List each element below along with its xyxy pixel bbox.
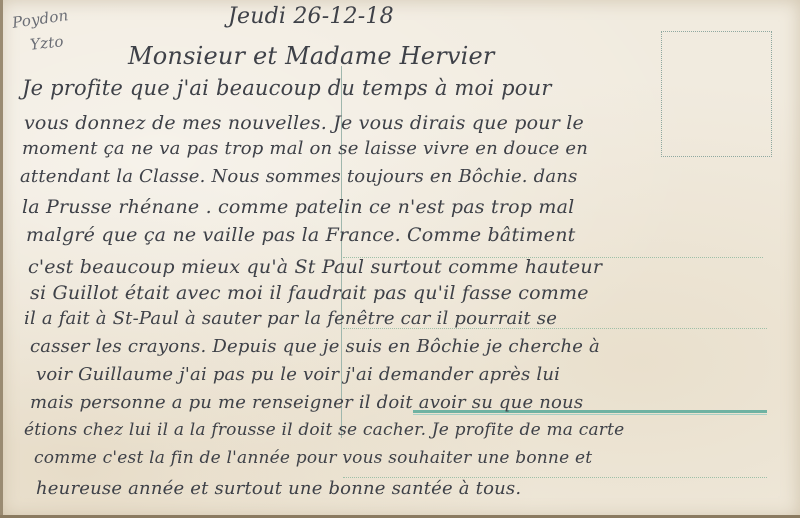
stamp-box xyxy=(661,31,772,157)
body-line-4: attendant la Classe. Nous sommes toujour… xyxy=(20,166,578,187)
body-line-8: si Guillot était avec moi il faudrait pa… xyxy=(30,282,589,304)
body-line-6: malgré que ça ne vaille pas la France. C… xyxy=(26,224,575,246)
letter-salutation: Monsieur et Madame Hervier xyxy=(128,42,495,70)
card-edge-left xyxy=(0,0,3,518)
corner-note-line2: Yzto xyxy=(29,32,64,53)
body-line-10: casser les crayons. Depuis que je suis e… xyxy=(30,336,600,357)
body-line-2: vous donnez de mes nouvelles. Je vous di… xyxy=(24,112,584,134)
body-line-5: la Prusse rhénane . comme patelin ce n'e… xyxy=(22,196,574,218)
letter-date: Jeudi 26-12-18 xyxy=(228,4,394,29)
body-line-1: Je profite que j'ai beaucoup du temps à … xyxy=(22,76,552,100)
body-line-15: heureuse année et surtout une bonne sant… xyxy=(36,478,521,499)
body-line-9: il a fait à St-Paul à sauter par la fenê… xyxy=(24,308,557,329)
body-line-11: voir Guillaume j'ai pas pu le voir j'ai … xyxy=(36,364,560,385)
body-line-13: étions chez lui il a la frousse il doit … xyxy=(24,420,624,440)
corner-note-line1: Poydon xyxy=(11,6,69,32)
body-line-12: mais personne a pu me renseigner il doit… xyxy=(30,392,583,413)
body-line-3: moment ça ne va pas trop mal on se laiss… xyxy=(22,138,588,159)
body-line-7: c'est beaucoup mieux qu'à St Paul surtou… xyxy=(28,256,602,278)
postcard-back: Poydon Yzto Jeudi 26-12-18 Monsieur et M… xyxy=(0,0,800,518)
body-line-14: comme c'est la fin de l'année pour vous … xyxy=(34,448,592,468)
